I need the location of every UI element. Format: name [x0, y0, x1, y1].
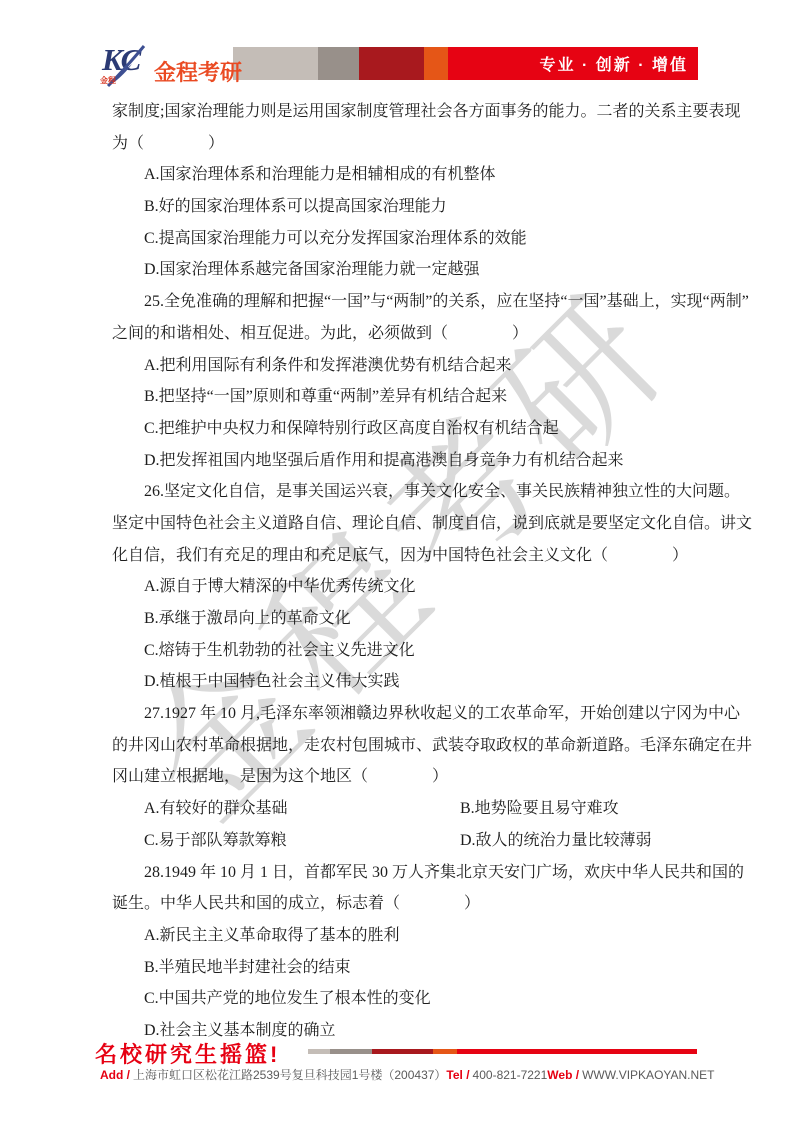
banner-segment-light-gray [233, 47, 318, 80]
banner-segment-red: 专业 · 创新 · 增值 [448, 47, 698, 80]
brand-name: 金程考研 [154, 56, 242, 87]
footer-web[interactable]: Web /WWW.VIPKAOYAN.NET [547, 1068, 714, 1082]
question-27-option-line: A.有较好的群众基础B.地势险要且易守难攻 [112, 793, 694, 825]
question-24-option-line: C.提高国家治理能力可以充分发挥国家治理体系的效能 [112, 223, 694, 255]
banner-slogan: 专业 · 创新 · 增值 [540, 52, 688, 75]
question-27-option: C.易于部队筹款筹粮 [144, 825, 460, 857]
footer-segment-light-gray [308, 1049, 330, 1054]
question-26-stem-line: 26.坚定文化自信，是事关国运兴衰，事关文化安全、事关民族精神独立性的大问题。 [112, 476, 694, 508]
question-25-option-line: B.把坚持“一国”原则和尊重“两制”差异有机结合起来 [112, 381, 694, 413]
footer-segment-dark-gray [330, 1049, 372, 1054]
question-25-option-line: D.把发挥祖国内地坚强后盾作用和提高港澳自身竞争力有机结合起来 [112, 445, 694, 477]
question-24-stem-line: 家制度;国家治理能力则是运用国家制度管理社会各方面事务的能力。二者的关系主要表现 [112, 96, 694, 128]
footer-tel-label: Tel / [446, 1068, 469, 1082]
question-26-stem-line: 坚定中国特色社会主义道路自信、理论自信、制度自信，说到底就是要坚定文化自信。讲文 [112, 508, 694, 540]
question-28-option-line: B.半殖民地半封建社会的结束 [112, 952, 694, 984]
question-24-stem-line: 为（ ） [112, 128, 694, 160]
footer-web-label: Web / [547, 1068, 579, 1082]
question-27-option-line: C.易于部队筹款筹粮D.敌人的统治力量比较薄弱 [112, 825, 694, 857]
question-26-stem-line: 化自信，我们有充足的理由和充足底气，因为中国特色社会主义文化（ ） [112, 540, 694, 572]
header-banner: 专业 · 创新 · 增值 [233, 47, 698, 80]
footer-contact: Add /上海市虹口区松花江路2539号复旦科技园1号楼（200437） Tel… [100, 1066, 697, 1083]
question-28-stem-line: 28.1949 年 10 月 1 日，首都军民 30 万人齐集北京天安门广场，欢… [112, 857, 694, 889]
question-27-stem-line: 冈山建立根据地，是因为这个地区（ ） [112, 761, 694, 793]
question-27-stem-line: 27.1927 年 10 月,毛泽东率领湘赣边界秋收起义的工农革命军，开始创建以… [112, 698, 694, 730]
question-27-stem-line: 的井冈山农村革命根据地，走农村包围城市、武装夺取政权的革命新道路。毛泽东确定在井 [112, 730, 694, 762]
question-26-option-line: D.植根于中国特色社会主义伟大实践 [112, 666, 694, 698]
footer-address-value: 上海市虹口区松花江路2539号复旦科技园1号楼（200437） [133, 1068, 446, 1082]
question-28-stem-line: 诞生。中华人民共和国的成立，标志着（ ） [112, 888, 694, 920]
question-area: 家制度;国家治理能力则是运用国家制度管理社会各方面事务的能力。二者的关系主要表现… [112, 96, 694, 1047]
footer-segment-orange [433, 1049, 457, 1054]
question-26-option-line: C.熔铸于生机勃勃的社会主义先进文化 [112, 635, 694, 667]
footer-segment-dark-red [372, 1049, 433, 1054]
question-26-option-line: B.承继于激昂向上的革命文化 [112, 603, 694, 635]
question-27-option: A.有较好的群众基础 [144, 793, 460, 825]
question-25-stem-line: 25.全免准确的理解和把握“一国”与“两制”的关系，应在坚持“一国”基础上，实现… [112, 286, 694, 318]
question-24-option-line: A.国家治理体系和治理能力是相辅相成的有机整体 [112, 159, 694, 191]
question-28-option-line: A.新民主主义革命取得了基本的胜利 [112, 920, 694, 952]
question-28-option-line: C.中国共产党的地位发生了根本性的变化 [112, 983, 694, 1015]
banner-segment-dark-gray [318, 47, 359, 80]
footer-tel: Tel /400-821-7221 [446, 1068, 547, 1082]
question-24-option-line: D.国家治理体系越完备国家治理能力就一定越强 [112, 254, 694, 286]
brand-logo: KC 金程 金程考研 [98, 42, 233, 92]
footer-slogan: 名校研究生摇篮! [95, 1038, 280, 1069]
question-25-option-line: A.把利用国际有利条件和发挥港澳优势有机结合起来 [112, 350, 694, 382]
banner-segment-dark-red [359, 47, 424, 80]
question-25-option-line: C.把维护中央权力和保障特别行政区高度自治权有机结合起 [112, 413, 694, 445]
banner-segment-orange [424, 47, 448, 80]
footer-web-value: WWW.VIPKAOYAN.NET [582, 1068, 714, 1082]
footer-tel-value: 400-821-7221 [473, 1068, 548, 1082]
question-27-option: D.敌人的统治力量比较薄弱 [460, 832, 652, 849]
question-24-option-line: B.好的国家治理体系可以提高国家治理能力 [112, 191, 694, 223]
kc-logo-subtext: 金程 [100, 75, 116, 86]
question-27-option: B.地势险要且易守难攻 [460, 800, 619, 817]
exam-page: KC 金程 金程考研 专业 · 创新 · 增值 金程考研 家制度;国家治理能力则… [0, 0, 793, 1122]
kc-logo-icon: KC 金程 [98, 42, 152, 92]
question-25-stem-line: 之间的和谐相处、相互促进。为此，必须做到（ ） [112, 318, 694, 350]
footer-segment-red [457, 1049, 697, 1054]
question-26-option-line: A.源自于博大精深的中华优秀传统文化 [112, 571, 694, 603]
footer-address: Add /上海市虹口区松花江路2539号复旦科技园1号楼（200437） [100, 1066, 446, 1083]
footer-banner [308, 1049, 697, 1054]
footer-address-label: Add / [100, 1068, 130, 1082]
